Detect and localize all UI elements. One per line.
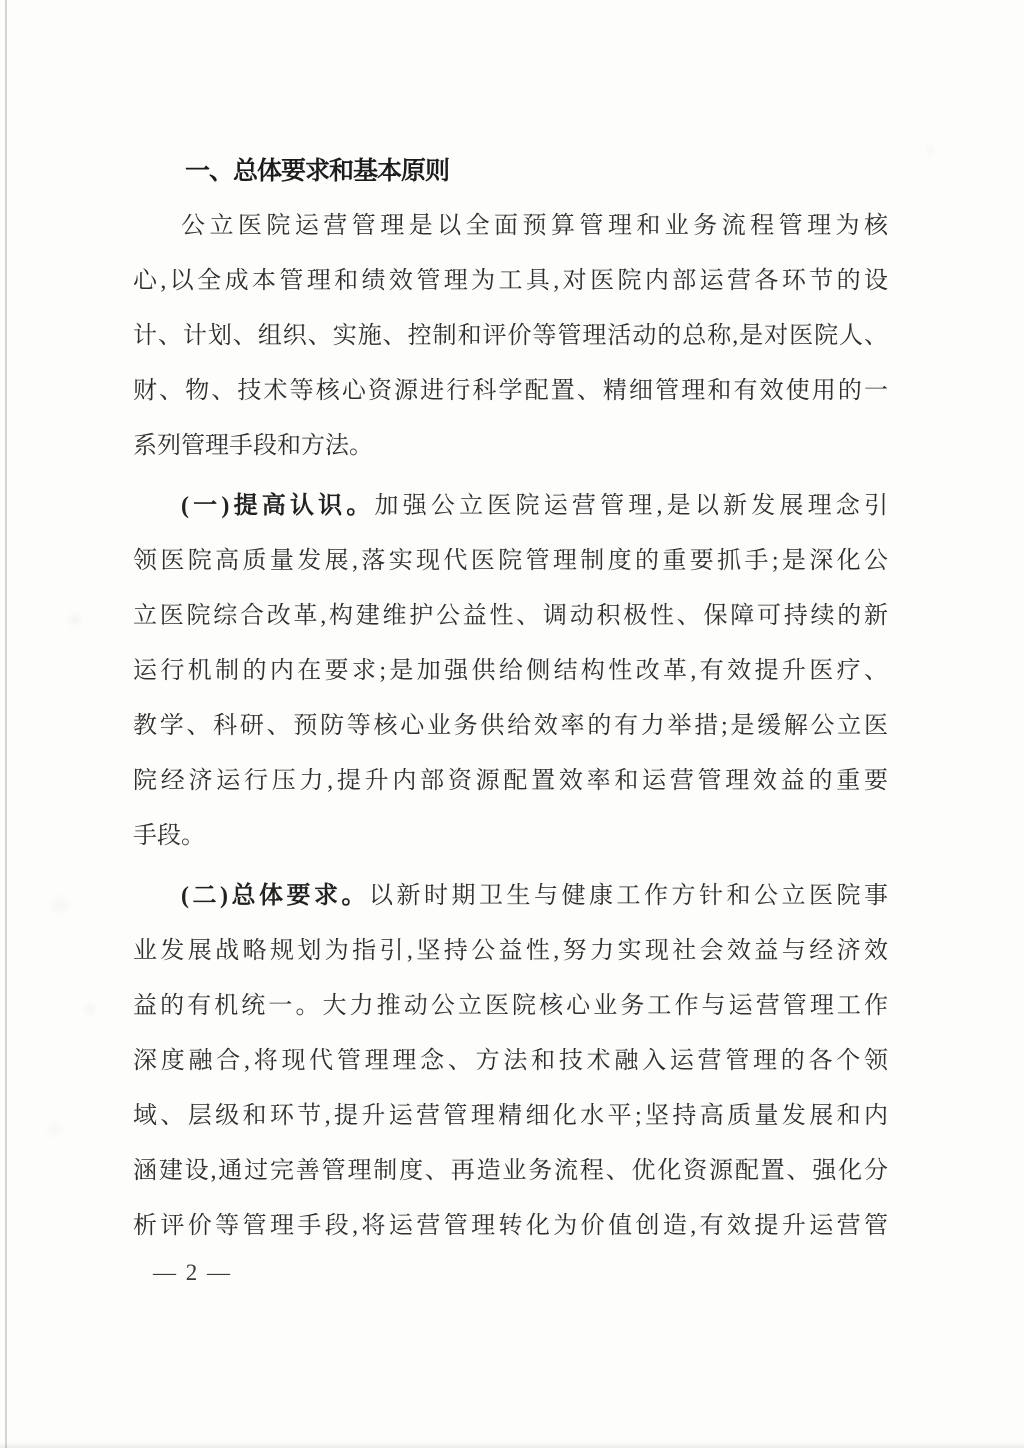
text-line: 系列管理手段和方法。 (133, 419, 888, 474)
paragraph-overall-requirements: (二)总体要求。以新时期卫生与健康工作方针和公立医院事 业发展战略规划为指引,坚… (133, 869, 888, 1254)
text-line: 计、计划、组织、实施、控制和评价等管理活动的总称,是对医院人、 (133, 309, 888, 364)
text-line: 院经济运行压力,提升内部资源配置效率和运营管理效益的重要 (133, 754, 888, 809)
text-line: 益的有机统一。大力推动公立医院核心业务工作与运营管理工作 (133, 979, 888, 1034)
paragraph-raise-awareness: (一)提高认识。加强公立医院运营管理,是以新发展理念引 领医院高质量发展,落实现… (133, 479, 888, 864)
text-line: 深度融合,将现代管理理念、方法和技术融入运营管理的各个领 (133, 1034, 888, 1089)
text-line: (二)总体要求。以新时期卫生与健康工作方针和公立医院事 (133, 869, 888, 924)
paragraph-intro: 公立医院运营管理是以全面预算管理和业务流程管理为核 心,以全成本管理和绩效管理为… (133, 199, 888, 474)
page-number: — 2 — (133, 1260, 888, 1286)
paragraph-lead-label: (二)总体要求。 (181, 883, 369, 909)
text-line: 公立医院运营管理是以全面预算管理和业务流程管理为核 (133, 199, 888, 254)
text-line: (一)提高认识。加强公立医院运营管理,是以新发展理念引 (133, 479, 888, 534)
text-line: 领医院高质量发展,落实现代医院管理制度的重要抓手;是深化公 (133, 534, 888, 589)
scan-edge-line (5, 0, 7, 1448)
text-line: 立医院综合改革,构建维护公益性、调动积极性、保障可持续的新 (133, 589, 888, 644)
section-heading: 一、总体要求和基本原则 (133, 144, 888, 199)
text-line: 手段。 (133, 809, 888, 864)
scanned-document-page: 一、总体要求和基本原则 公立医院运营管理是以全面预算管理和业务流程管理为核 心,… (0, 0, 1024, 1448)
text-line: 析评价等管理手段,将运营管理转化为价值创造,有效提升运营管 (133, 1199, 888, 1254)
text-run: 加强公立医院运营管理,是以新发展理念引 (375, 493, 888, 519)
text-line: 涵建设,通过完善管理制度、再造业务流程、优化资源配置、强化分 (133, 1144, 888, 1199)
scan-bottom-smudge (0, 1442, 1024, 1448)
text-line: 心,以全成本管理和绩效管理为工具,对医院内部运营各环节的设 (133, 254, 888, 309)
text-line: 业发展战略规划为指引,坚持公益性,努力实现社会效益与经济效 (133, 924, 888, 979)
text-run: 以新时期卫生与健康工作方针和公立医院事 (369, 883, 888, 909)
text-line: 域、层级和环节,提升运营管理精细化水平;坚持高质量发展和内 (133, 1089, 888, 1144)
text-line: 财、物、技术等核心资源进行科学配置、精细管理和有效使用的一 (133, 364, 888, 419)
text-line: 运行机制的内在要求;是加强供给侧结构性改革,有效提升医疗、 (133, 644, 888, 699)
paragraph-lead-label: (一)提高认识。 (181, 493, 375, 519)
text-line: 教学、科研、预防等核心业务供给效率的有力举措;是缓解公立医 (133, 699, 888, 754)
document-body: 一、总体要求和基本原则 公立医院运营管理是以全面预算管理和业务流程管理为核 心,… (133, 144, 888, 1286)
